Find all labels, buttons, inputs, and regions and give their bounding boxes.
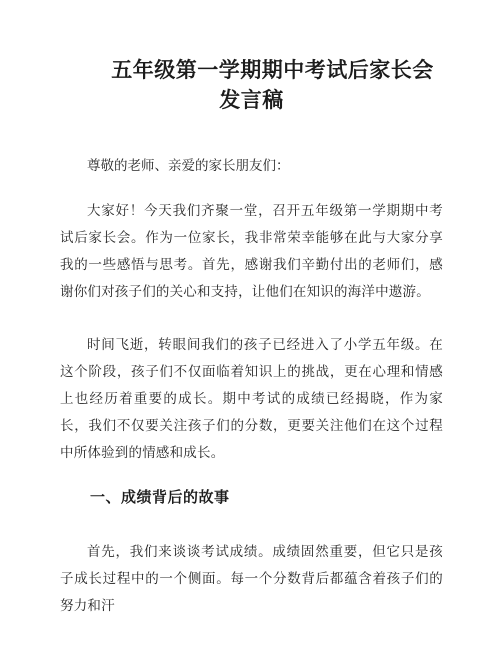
paragraph-opening: 大家好！今天我们齐聚一堂，召开五年级第一学期期中考试后家长会。作为一位家长，我非… [60,197,443,305]
paragraph-scores: 首先，我们来谈谈考试成绩。成绩固然重要，但它只是孩子成长过程中的一个侧面。每一个… [60,538,443,619]
paragraph-growth: 时间飞逝，转眼间我们的孩子已经进入了小学五年级。在这个阶段，孩子们不仅面临着知识… [60,331,443,466]
document-title: 五年级第一学期期中考试后家长会发言稿 [60,56,443,116]
section-heading-story-behind-scores: 一、成绩背后的故事 [60,484,443,511]
document-page: 五年级第一学期期中考试后家长会发言稿 尊敬的老师、亲爱的家长朋友们： 大家好！今… [0,0,500,647]
greeting-line: 尊敬的老师、亲爱的家长朋友们： [60,152,443,179]
